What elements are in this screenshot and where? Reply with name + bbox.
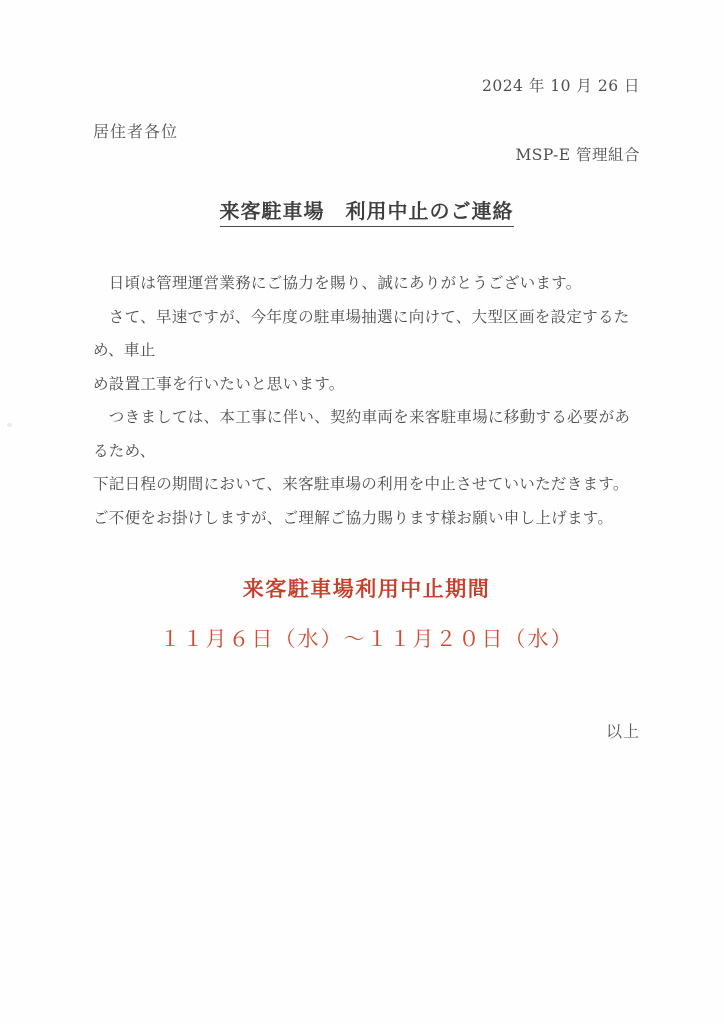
body-line-1: 日頃は管理運営業務にご協力を賜り、誠にありがとうございます。 xyxy=(93,267,640,301)
sender-organization: MSP-E 管理組合 xyxy=(93,145,640,166)
addressee-line: 居住者各位 xyxy=(93,121,640,142)
document-title: 来客駐車場 利用中止のご連絡 xyxy=(93,198,640,225)
body-line-6: ご不便をお掛けしますが、ご理解ご協力賜ります様お願い申し上げます。 xyxy=(93,502,640,536)
body-line-2: さて、早速ですが、今年度の駐車場抽選に向けて、大型区画を設定するため、車止 xyxy=(93,301,640,368)
document-title-text: 来客駐車場 利用中止のご連絡 xyxy=(220,199,514,227)
document-date: 2024 年 10 月 26 日 xyxy=(93,76,640,97)
body-line-5: 下記日程の期間において、来客駐車場の利用を中止させていいただきます。 xyxy=(93,468,640,502)
scan-artifact-dot xyxy=(7,423,12,427)
body-line-4: つきましては、本工事に伴い、契約車両を来客駐車場に移動する必要があるため、 xyxy=(93,401,640,468)
body-line-3: め設置工事を行いたいと思います。 xyxy=(93,368,640,402)
suspension-period-heading: 来客駐車場利用中止期間 xyxy=(93,575,640,603)
closing-ijou: 以上 xyxy=(93,721,640,743)
document-body: 日頃は管理運営業務にご協力を賜り、誠にありがとうございます。 さて、早速ですが、… xyxy=(93,267,640,535)
suspension-period-dates: １１月６日（水）～１１月２０日（水） xyxy=(93,624,640,654)
notice-document-page: 2024 年 10 月 26 日 居住者各位 MSP-E 管理組合 来客駐車場 … xyxy=(0,0,724,1024)
